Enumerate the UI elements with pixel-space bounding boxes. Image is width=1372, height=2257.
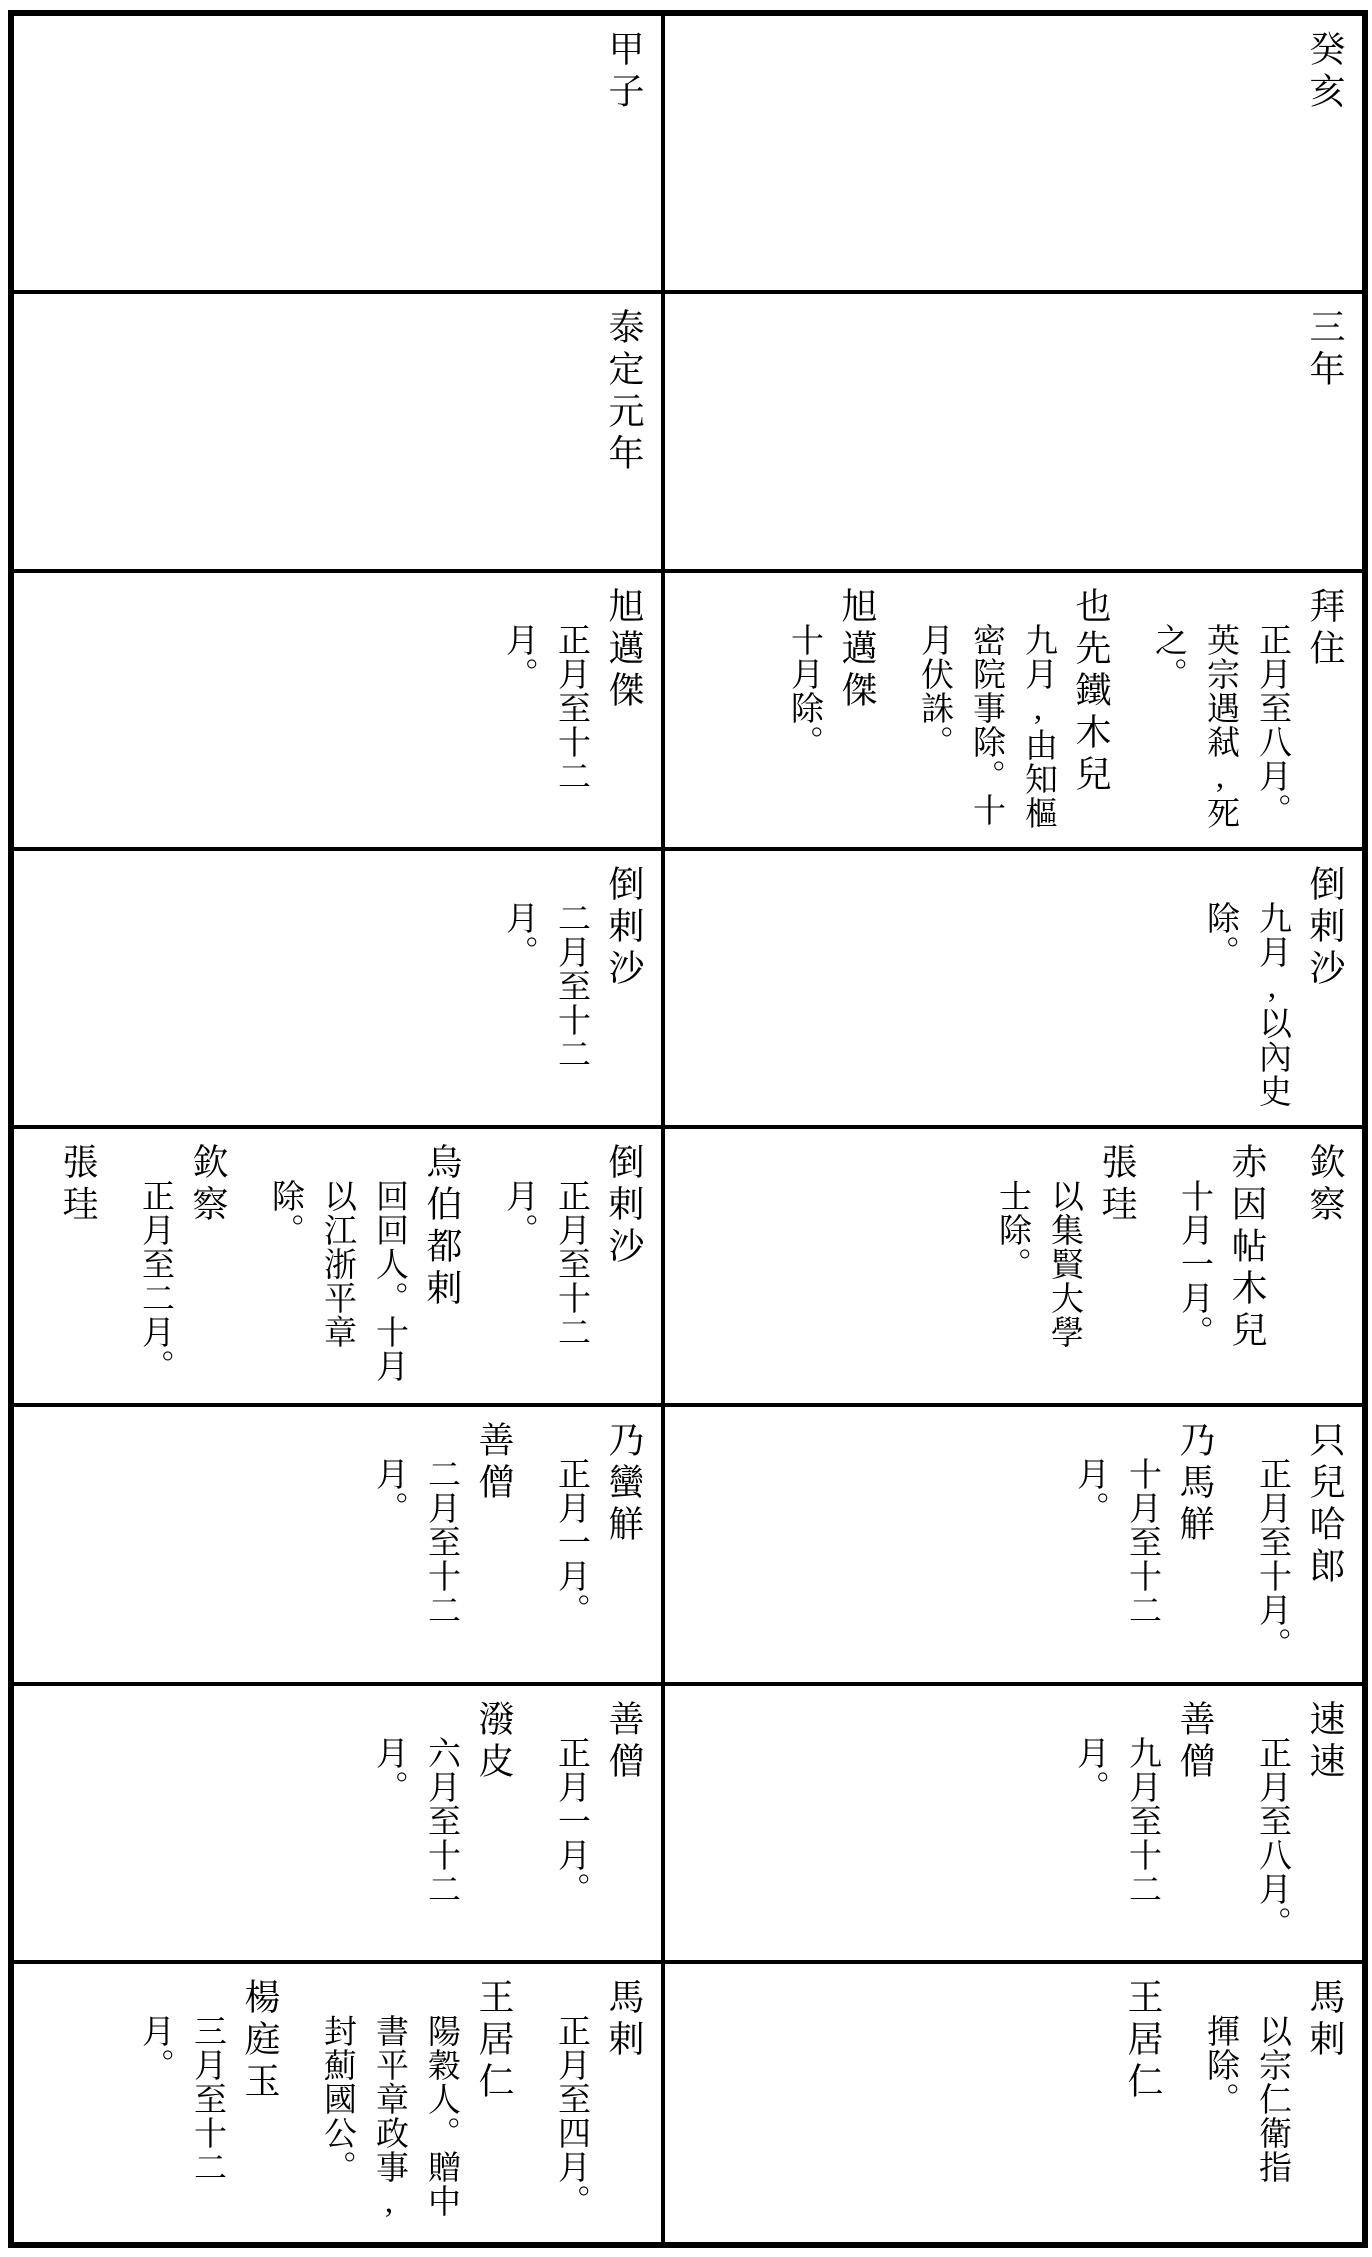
person-entry: 倒剌沙九月,以內史除。 xyxy=(1194,865,1352,1117)
cell-right: 只兒哈郎正月至十月。乃馬觧十月至十二月。 xyxy=(661,1407,1362,1681)
person-name: 王居仁 xyxy=(1116,1978,1170,2234)
table-row: 速速正月至八月。善僧九月至十二月。善僧正月一月。潑皮六月至十二月。 xyxy=(14,1686,1362,1964)
note-column: 月。 xyxy=(129,1978,181,2234)
year-entry: 癸亥 xyxy=(1298,30,1352,282)
person-entry: 欽察正月至二月。 xyxy=(129,1143,235,1395)
note-column: 月。 xyxy=(363,1421,415,1673)
person-name: 旭邁傑 xyxy=(830,587,884,839)
note-column: 月伏誅。 xyxy=(908,587,960,839)
person-name: 拜住 xyxy=(1298,587,1352,839)
note-column: 書平章政事, xyxy=(363,1978,415,2234)
note-column: 以宗仁衛指 xyxy=(1246,1978,1298,2234)
cell-right: 倒剌沙九月,以內史除。 xyxy=(661,851,1362,1125)
person-name: 倒剌沙 xyxy=(597,865,651,1117)
note-column: 正月至十二 xyxy=(545,587,597,839)
cell-left-year: 泰定元年 xyxy=(14,294,661,568)
person-name: 馬剌 xyxy=(597,1978,651,2234)
page: { "document": { "type": "classical-chine… xyxy=(0,0,1372,2257)
person-name: 旭邁傑 xyxy=(597,587,651,839)
note-column: 正月至十月。 xyxy=(1246,1421,1298,1673)
person-name: 只兒哈郎 xyxy=(1298,1421,1352,1673)
person-entry: 王居仁 xyxy=(1116,1978,1170,2234)
note-column: 月。 xyxy=(493,865,545,1117)
note-column: 封薊國公。 xyxy=(311,1978,363,2234)
note-column: 回回人。十月, xyxy=(363,1143,415,1395)
person-entry: 潑皮六月至十二月。 xyxy=(363,1700,521,1952)
person-entry: 善僧九月至十二月。 xyxy=(1064,1700,1222,1952)
note-column: 正月一月。 xyxy=(545,1700,597,1952)
note-column: 以集賢大學 xyxy=(1038,1143,1090,1395)
table-row: 拜住正月至八月。英宗遇弒,死之。也先鐵木兒九月,由知樞密院事除。十月伏誅。旭邁傑… xyxy=(14,573,1362,851)
note-column: 十月除。 xyxy=(778,587,830,839)
person-entry: 張珪以集賢大學士除。 xyxy=(986,1143,1144,1395)
person-name: 倒剌沙 xyxy=(1298,865,1352,1117)
note-column: 之。 xyxy=(1142,587,1194,839)
cell-left-year: 甲子 xyxy=(14,16,661,290)
note-column: 正月一月。 xyxy=(545,1421,597,1673)
table-row: 倒剌沙九月,以內史除。倒剌沙二月至十二月。 xyxy=(14,851,1362,1129)
person-name: 馬剌 xyxy=(1298,1978,1352,2234)
person-name: 潑皮 xyxy=(467,1700,521,1952)
person-entry: 也先鐵木兒九月,由知樞密院事除。十月伏誅。 xyxy=(908,587,1118,839)
person-entry: 倒剌沙正月至十二月。 xyxy=(493,1143,651,1395)
person-entry: 赤因帖木兒十月一月。 xyxy=(1168,1143,1274,1395)
note-column: 月。 xyxy=(493,587,545,839)
person-name: 速速 xyxy=(1298,1700,1352,1952)
note-column: 月。 xyxy=(1064,1421,1116,1673)
note-column: 除。 xyxy=(1194,865,1246,1117)
cell-right: 欽察赤因帖木兒十月一月。張珪以集賢大學士除。 xyxy=(661,1129,1362,1403)
person-entry: 馬剌正月至四月。 xyxy=(545,1978,651,2234)
note-column: 除。 xyxy=(259,1143,311,1395)
person-entry: 善僧二月至十二月。 xyxy=(363,1421,521,1673)
person-entry: 楊庭玉三月至十二月。 xyxy=(129,1978,287,2234)
note-column: 六月至十二 xyxy=(415,1700,467,1952)
note-column: 月。 xyxy=(493,1143,545,1395)
cell-right-year: 癸亥 xyxy=(661,16,1362,290)
note-column: 正月至八月。 xyxy=(1246,587,1298,839)
cell-left: 馬剌正月至四月。王居仁陽穀人。贈中書平章政事,封薊國公。楊庭玉三月至十二月。 xyxy=(14,1964,661,2242)
note-column: 九月,由知樞 xyxy=(1012,587,1064,839)
person-entry: 馬剌以宗仁衛指揮除。 xyxy=(1194,1978,1352,2234)
note-column: 月。 xyxy=(363,1700,415,1952)
cell-left: 乃蠻觧正月一月。善僧二月至十二月。 xyxy=(14,1407,661,1681)
person-entry: 王居仁陽穀人。贈中書平章政事,封薊國公。 xyxy=(311,1978,521,2234)
note-column: 英宗遇弒,死 xyxy=(1194,587,1246,839)
year-label: 甲子 xyxy=(597,30,651,282)
note-column: 二月至十二 xyxy=(415,1421,467,1673)
person-name: 王居仁 xyxy=(467,1978,521,2234)
note-column: 正月至八月。 xyxy=(1246,1700,1298,1952)
person-name: 赤因帖木兒 xyxy=(1220,1143,1274,1395)
person-entry: 旭邁傑十月除。 xyxy=(778,587,884,839)
person-entry: 乃馬觧十月至十二月。 xyxy=(1064,1421,1222,1673)
year-label: 癸亥 xyxy=(1298,30,1352,282)
note-column: 二月至十二 xyxy=(545,865,597,1117)
note-column: 九月至十二 xyxy=(1116,1700,1168,1952)
person-name: 張珪 xyxy=(51,1143,105,1395)
person-name: 楊庭玉 xyxy=(233,1978,287,2234)
note-column: 十月一月。 xyxy=(1168,1143,1220,1395)
person-name: 善僧 xyxy=(597,1700,651,1952)
note-column: 密院事除。十 xyxy=(960,587,1012,839)
year-entry: 三年 xyxy=(1298,308,1352,560)
note-column: 十月至十二 xyxy=(1116,1421,1168,1673)
table-row: 只兒哈郎正月至十月。乃馬觧十月至十二月。乃蠻觧正月一月。善僧二月至十二月。 xyxy=(14,1407,1362,1685)
person-name: 張珪 xyxy=(1090,1143,1144,1395)
cell-left: 善僧正月一月。潑皮六月至十二月。 xyxy=(14,1686,661,1960)
year-entry: 甲子 xyxy=(597,30,651,282)
person-name: 欽察 xyxy=(1298,1143,1352,1395)
table-row: 癸亥甲子 xyxy=(14,16,1362,294)
cell-left: 倒剌沙正月至十二月。烏伯都剌回回人。十月,以江浙平章除。欽察正月至二月。張珪 xyxy=(14,1129,661,1403)
note-column: 揮除。 xyxy=(1194,1978,1246,2234)
person-entry: 欽察 xyxy=(1298,1143,1352,1395)
person-name: 也先鐵木兒 xyxy=(1064,587,1118,839)
person-entry: 速速正月至八月。 xyxy=(1246,1700,1352,1952)
person-entry: 張珪 xyxy=(51,1143,105,1395)
cell-right: 馬剌以宗仁衛指揮除。王居仁 xyxy=(661,1964,1362,2242)
cell-left: 旭邁傑正月至十二月。 xyxy=(14,573,661,847)
cell-right: 速速正月至八月。善僧九月至十二月。 xyxy=(661,1686,1362,1960)
person-entry: 只兒哈郎正月至十月。 xyxy=(1246,1421,1352,1673)
table-row: 馬剌以宗仁衛指揮除。王居仁馬剌正月至四月。王居仁陽穀人。贈中書平章政事,封薊國公… xyxy=(14,1964,1362,2242)
note-column: 九月,以內史 xyxy=(1246,865,1298,1117)
person-name: 乃蠻觧 xyxy=(597,1421,651,1673)
person-entry: 乃蠻觧正月一月。 xyxy=(545,1421,651,1673)
note-column: 三月至十二 xyxy=(181,1978,233,2234)
note-column: 月。 xyxy=(1064,1700,1116,1952)
person-entry: 善僧正月一月。 xyxy=(545,1700,651,1952)
person-name: 善僧 xyxy=(467,1421,521,1673)
year-entry: 泰定元年 xyxy=(597,308,651,560)
note-column: 陽穀人。贈中 xyxy=(415,1978,467,2234)
note-column: 正月至二月。 xyxy=(129,1143,181,1395)
year-label: 三年 xyxy=(1298,308,1352,560)
cell-right: 拜住正月至八月。英宗遇弒,死之。也先鐵木兒九月,由知樞密院事除。十月伏誅。旭邁傑… xyxy=(661,573,1362,847)
person-entry: 烏伯都剌回回人。十月,以江浙平章除。 xyxy=(259,1143,469,1395)
year-label: 泰定元年 xyxy=(597,308,651,560)
note-column: 以江浙平章 xyxy=(311,1143,363,1395)
person-name: 欽察 xyxy=(181,1143,235,1395)
person-entry: 旭邁傑正月至十二月。 xyxy=(493,587,651,839)
cell-right-year: 三年 xyxy=(661,294,1362,568)
cell-left: 倒剌沙二月至十二月。 xyxy=(14,851,661,1125)
person-entry: 倒剌沙二月至十二月。 xyxy=(493,865,651,1117)
table-row: 欽察赤因帖木兒十月一月。張珪以集賢大學士除。倒剌沙正月至十二月。烏伯都剌回回人。… xyxy=(14,1129,1362,1407)
table-row: 三年泰定元年 xyxy=(14,294,1362,572)
person-name: 善僧 xyxy=(1168,1700,1222,1952)
person-entry: 拜住正月至八月。英宗遇弒,死之。 xyxy=(1142,587,1352,839)
chronology-table: 癸亥甲子三年泰定元年拜住正月至八月。英宗遇弒,死之。也先鐵木兒九月,由知樞密院事… xyxy=(8,10,1368,2248)
person-name: 乃馬觧 xyxy=(1168,1421,1222,1673)
note-column: 正月至四月。 xyxy=(545,1978,597,2234)
note-column: 士除。 xyxy=(986,1143,1038,1395)
person-name: 烏伯都剌 xyxy=(415,1143,469,1395)
person-name: 倒剌沙 xyxy=(597,1143,651,1395)
note-column: 正月至十二 xyxy=(545,1143,597,1395)
